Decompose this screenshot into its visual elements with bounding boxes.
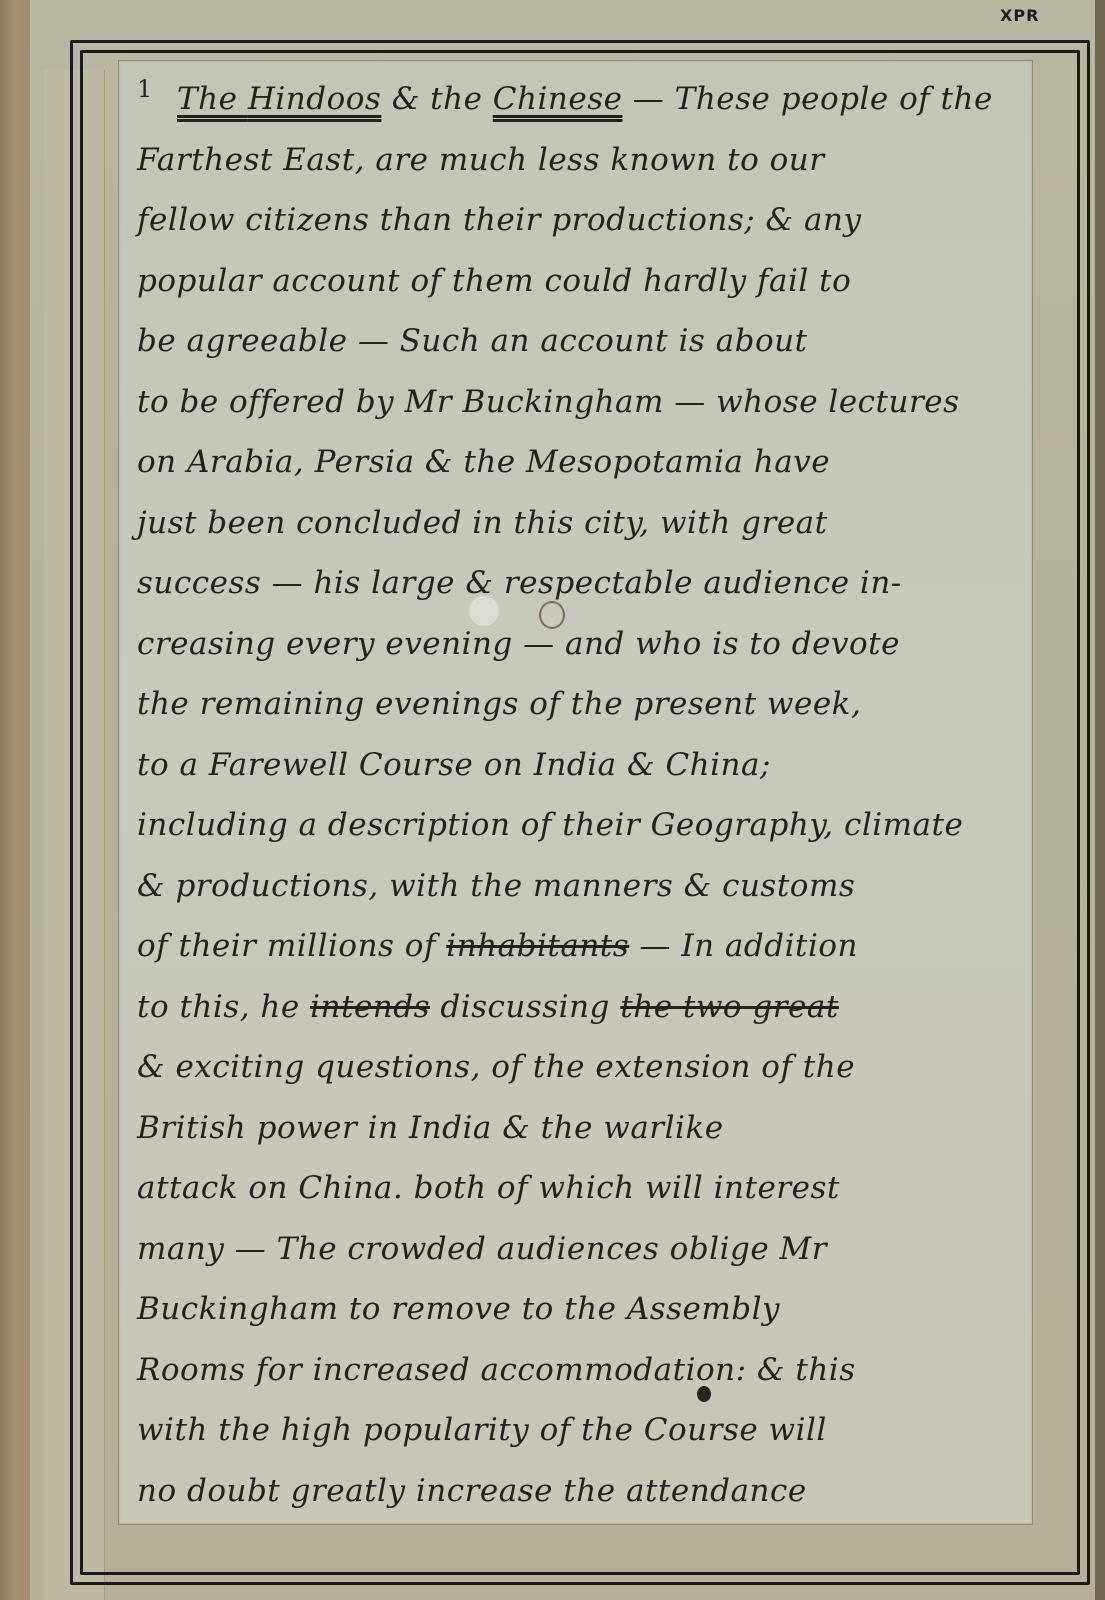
line-segment: — These people of the (622, 81, 992, 117)
line-segment: — In addition (629, 928, 858, 964)
line-segment: & productions, with the manners & custom… (137, 868, 855, 904)
line-segment: inhabitants (446, 928, 629, 964)
manuscript-line: creasing every evening — and who is to d… (137, 626, 900, 662)
manuscript-line: to a Farewell Course on India & China; (137, 747, 771, 783)
manuscript-line: & exciting questions, of the extension o… (137, 1049, 855, 1085)
line-segment: the two great (620, 989, 839, 1025)
manuscript-line: & productions, with the manners & custom… (137, 868, 855, 904)
ink-blot (697, 1386, 711, 1402)
manuscript-line: no doubt greatly increase the attendance (137, 1473, 807, 1509)
manuscript-line: popular account of them could hardly fai… (137, 263, 851, 299)
manuscript-line: attack on China. both of which will inte… (137, 1170, 840, 1206)
line-segment: Chinese (493, 81, 623, 117)
manuscript-line: on Arabia, Persia & the Mesopotamia have (137, 444, 830, 480)
manuscript-line: The Hindoos & the Chinese — These people… (177, 81, 993, 117)
line-segment: of their millions of (137, 928, 446, 964)
manuscript-line: including a description of their Geograp… (137, 807, 963, 843)
catalog-mark: XPR (1000, 6, 1039, 25)
manuscript-line: be agreeable — Such an account is about (137, 323, 808, 359)
manuscript-line: to this, he intends discussing the two g… (137, 989, 839, 1025)
manuscript-sheet: 1 The Hindoos & the Chinese — These peop… (118, 60, 1033, 1525)
manuscript-line: to be offered by Mr Buckingham — whose l… (137, 384, 960, 420)
line-segment: The (177, 81, 248, 117)
line-segment: discussing (430, 989, 620, 1025)
manuscript-line: just been concluded in this city, with g… (137, 505, 828, 541)
manuscript-line: the remaining evenings of the present we… (137, 686, 861, 722)
manuscript-line: Farthest East, are much less known to ou… (137, 142, 825, 178)
manuscript-line: British power in India & the warlike (137, 1110, 724, 1146)
line-segment: to this, he (137, 989, 310, 1025)
manuscript-line: fellow citizens than their productions; … (137, 202, 861, 238)
manuscript-line: with the high popularity of the Course w… (137, 1412, 827, 1448)
manuscript-line: success — his large & respectable audien… (137, 565, 902, 601)
line-segment: & the (381, 81, 492, 117)
manuscript-line: Rooms for increased accommodation: & thi… (137, 1352, 856, 1388)
line-segment: intends (310, 989, 430, 1025)
manuscript-line: of their millions of inhabitants — In ad… (137, 928, 858, 964)
manuscript-line: many — The crowded audiences oblige Mr (137, 1231, 827, 1267)
album-right-edge (1095, 0, 1105, 1600)
page-number: 1 (137, 75, 152, 103)
line-segment: Hindoos (248, 81, 382, 117)
manuscript-line: Buckingham to remove to the Assembly (137, 1291, 780, 1327)
